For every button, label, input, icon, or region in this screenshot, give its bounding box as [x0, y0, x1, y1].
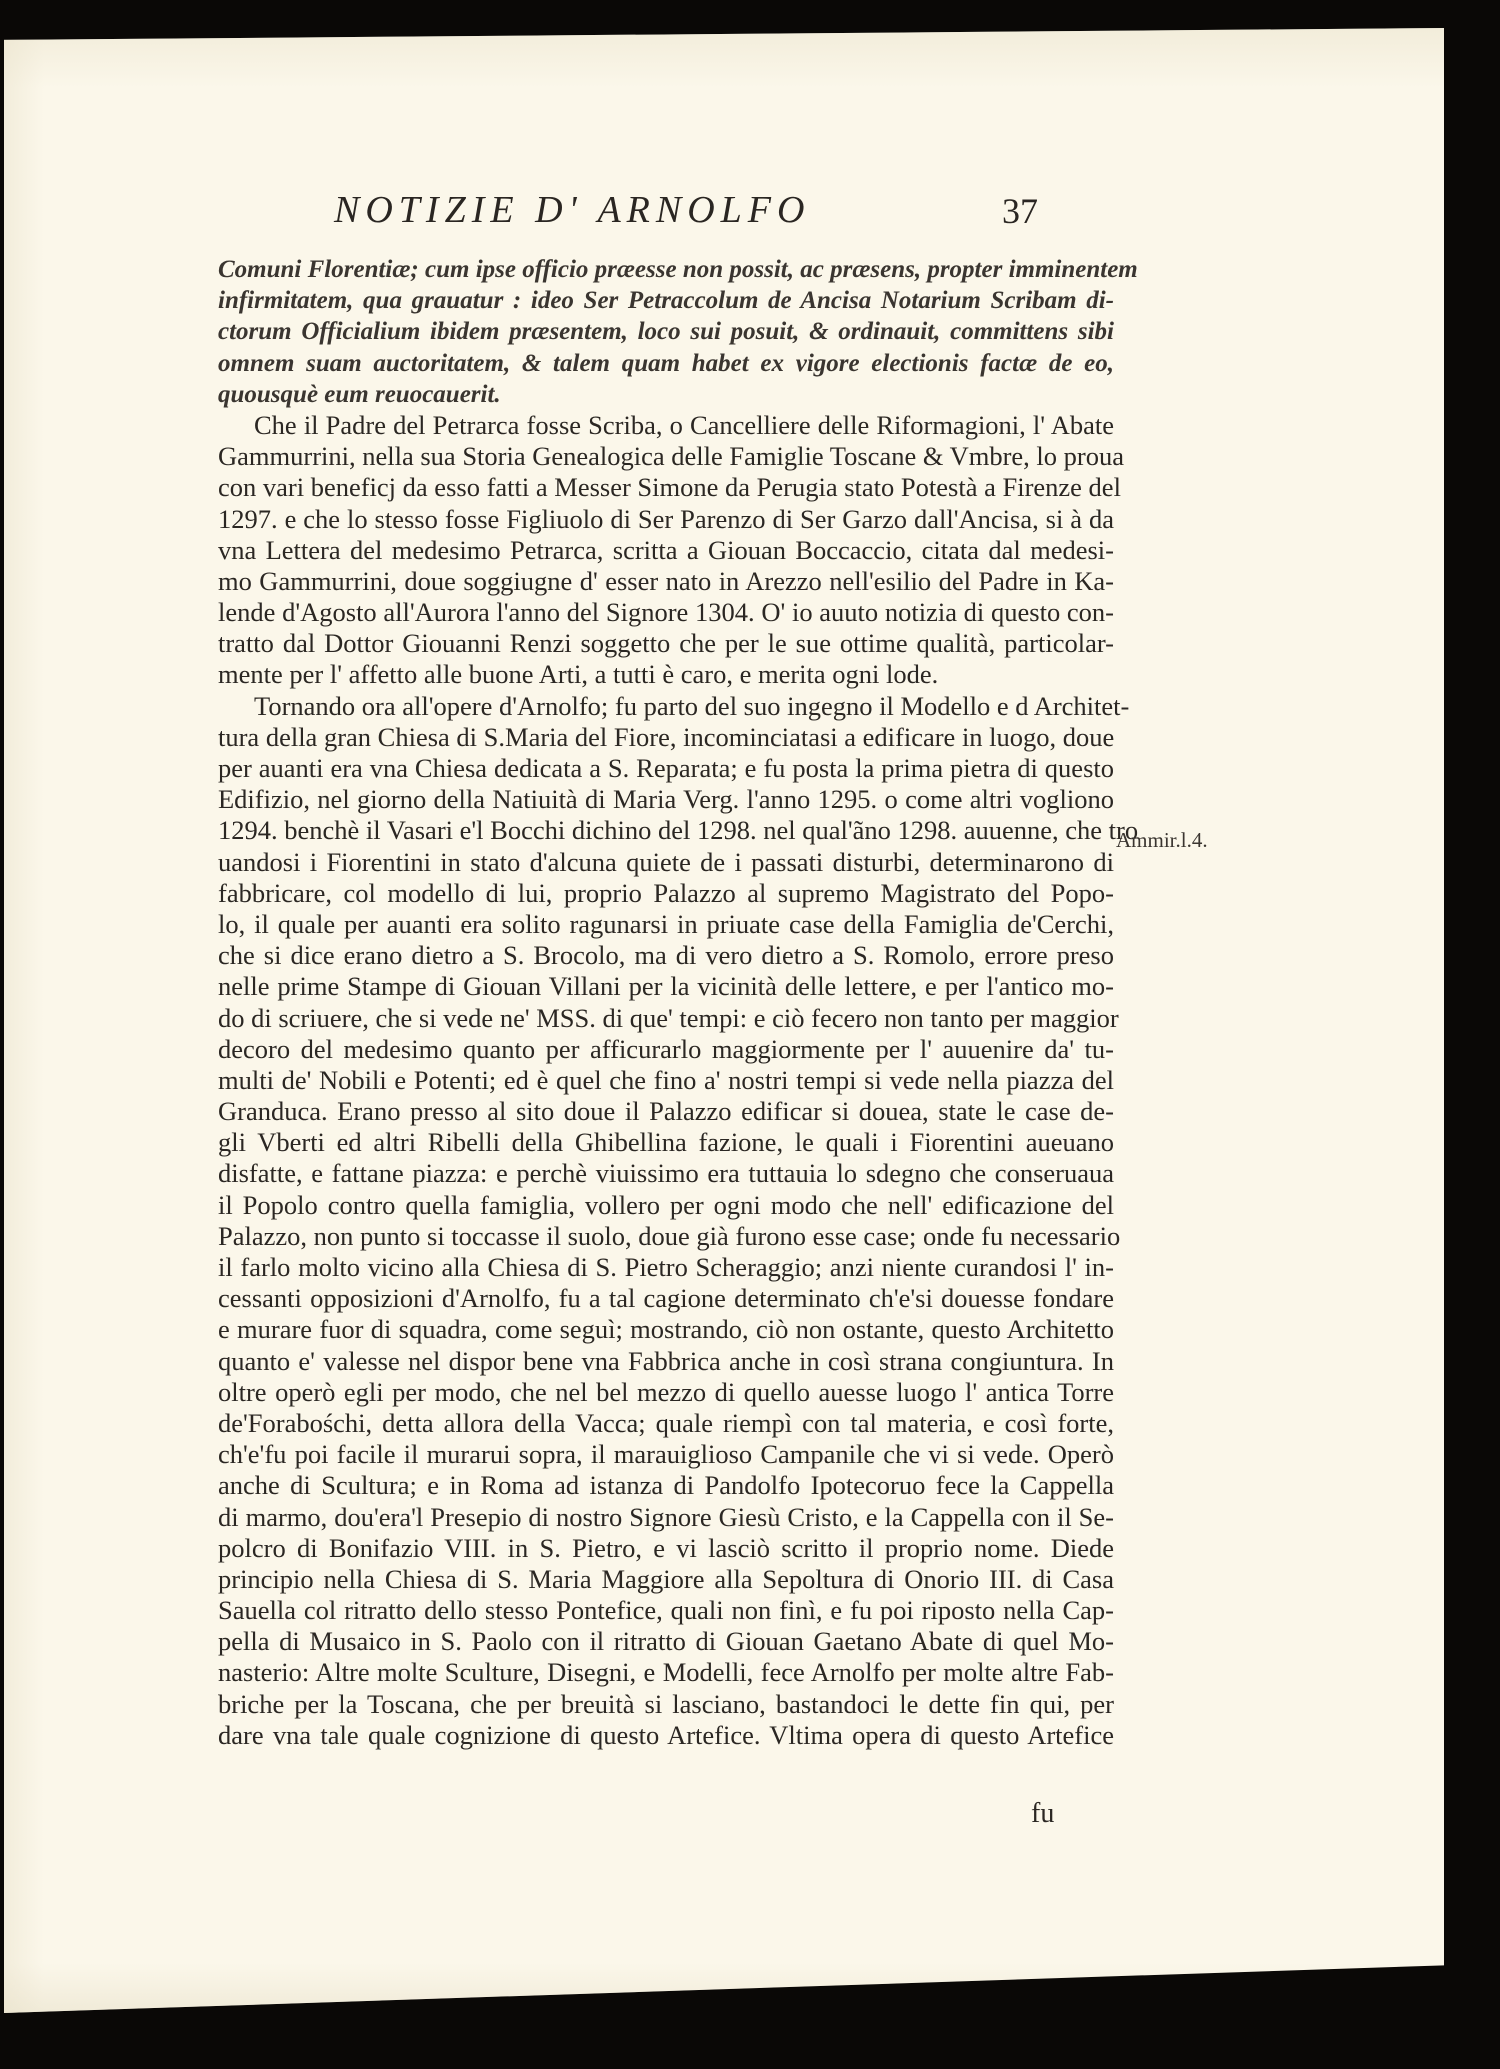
text-line: di marmo, dou'era'l Presepio di nostro S… — [218, 1502, 1114, 1533]
text-line: fabbricare, col modello di lui, proprio … — [218, 878, 1114, 909]
text-line: il farlo molto vicino alla Chiesa di S. … — [218, 1252, 1114, 1283]
latin-quote-line: quousquè eum reuocauerit. — [218, 379, 1114, 410]
text-line: 1294. benchè il Vasari e'l Bocchi dichin… — [218, 815, 1114, 846]
text-line: decoro del medesimo quanto per afficurar… — [218, 1034, 1114, 1065]
paragraph-arnolfo-works: Tornando ora all'opere d'Arnolfo; fu par… — [218, 691, 1114, 1751]
latin-quote-line: Comuni Florentiæ; cum ipse officio præes… — [218, 254, 1114, 285]
text-line: il Popolo contro quella famiglia, voller… — [218, 1190, 1114, 1221]
page-number: 37 — [1002, 190, 1038, 232]
text-line: ch'e'fu poi facile il murarui sopra, il … — [218, 1439, 1114, 1470]
text-line: mente per l' affetto alle buone Arti, a … — [218, 659, 1114, 690]
text-line: oltre operò egli per modo, che nel bel m… — [218, 1377, 1114, 1408]
running-title: NOTIZIE D' ARNOLFO — [334, 188, 810, 232]
text-line: dare vna tale quale cognizione di questo… — [218, 1720, 1114, 1751]
text-line: con vari beneficj da esso fatti a Messer… — [218, 472, 1114, 503]
text-line: anche di Scultura; e in Roma ad istanza … — [218, 1470, 1114, 1501]
body-text: Comuni Florentiæ; cum ipse officio præes… — [218, 254, 1114, 1751]
text-line: gli Vberti ed altri Ribelli della Ghibel… — [218, 1127, 1114, 1158]
text-line: de'Forabośchi, detta allora della Vacca;… — [218, 1408, 1114, 1439]
book-page: NOTIZIE D' ARNOLFO 37 Comuni Florentiæ; … — [4, 28, 1444, 2013]
text-line: 1297. e che lo stesso fosse Figliuolo di… — [218, 504, 1114, 535]
text-line: Che il Padre del Petrarca fosse Scriba, … — [218, 410, 1114, 441]
text-line: disfatte, e fattane piazza: e perchè viu… — [218, 1158, 1114, 1189]
latin-quote-line: ctorum Officialium ibidem præsentem, loc… — [218, 316, 1114, 347]
latin-quote: Comuni Florentiæ; cum ipse officio præes… — [218, 254, 1114, 410]
text-line: multi de' Nobili e Potenti; ed è quel ch… — [218, 1065, 1114, 1096]
latin-quote-line: infirmitatem, qua grauatur : ideo Ser Pe… — [218, 285, 1114, 316]
text-line: lende d'Agosto all'Aurora l'anno del Sig… — [218, 597, 1114, 628]
text-line: mo Gammurrini, doue soggiugne d' esser n… — [218, 566, 1114, 597]
text-line: che si dice erano dietro a S. Brocolo, m… — [218, 940, 1114, 971]
catchword: fu — [1031, 1798, 1054, 1830]
text-line: e murare fuor di squadra, come seguì; mo… — [218, 1314, 1114, 1345]
text-line: nasterio: Altre molte Sculture, Disegni,… — [218, 1657, 1114, 1688]
text-line: tratto dal Dottor Giouanni Renzi soggett… — [218, 628, 1114, 659]
text-line: Tornando ora all'opere d'Arnolfo; fu par… — [218, 691, 1114, 722]
text-line: Sauella col ritratto dello stesso Pontef… — [218, 1595, 1114, 1626]
text-line: Gammurrini, nella sua Storia Genealogica… — [218, 441, 1114, 472]
text-line: principio nella Chiesa di S. Maria Maggi… — [218, 1564, 1114, 1595]
page-header: NOTIZIE D' ARNOLFO 37 — [304, 188, 1144, 238]
text-line: Palazzo, non punto si toccasse il suolo,… — [218, 1221, 1114, 1252]
latin-quote-line: omnem suam auctoritatem, & talem quam ha… — [218, 348, 1114, 379]
text-line: per auanti era vna Chiesa dedicata a S. … — [218, 753, 1114, 784]
text-line: do di scriuere, che si vede ne' MSS. di … — [218, 1003, 1114, 1034]
text-line: nelle prime Stampe di Giouan Villani per… — [218, 971, 1114, 1002]
text-line: quanto e' valesse nel dispor bene vna Fa… — [218, 1346, 1114, 1377]
text-line: uandosi i Fiorentini in stato d'alcuna q… — [218, 847, 1114, 878]
marginal-note: Ammir.l.4. — [1116, 828, 1208, 853]
text-line: Edifizio, nel giorno della Natiuità di M… — [218, 784, 1114, 815]
text-line: lo, il quale per auanti era solito ragun… — [218, 909, 1114, 940]
text-line: pella di Musaico in S. Paolo con il ritr… — [218, 1626, 1114, 1657]
text-line: cessanti opposizioni d'Arnolfo, fu a tal… — [218, 1283, 1114, 1314]
text-line: Granduca. Erano presso al sito doue il P… — [218, 1096, 1114, 1127]
text-line: polcro di Bonifazio VIII. in S. Pietro, … — [218, 1533, 1114, 1564]
text-line: briche per la Toscana, che per breuità s… — [218, 1689, 1114, 1720]
text-line: tura della gran Chiesa di S.Maria del Fi… — [218, 722, 1114, 753]
paragraph-petrarca: Che il Padre del Petrarca fosse Scriba, … — [218, 410, 1114, 691]
text-line: vna Lettera del medesimo Petrarca, scrit… — [218, 535, 1114, 566]
